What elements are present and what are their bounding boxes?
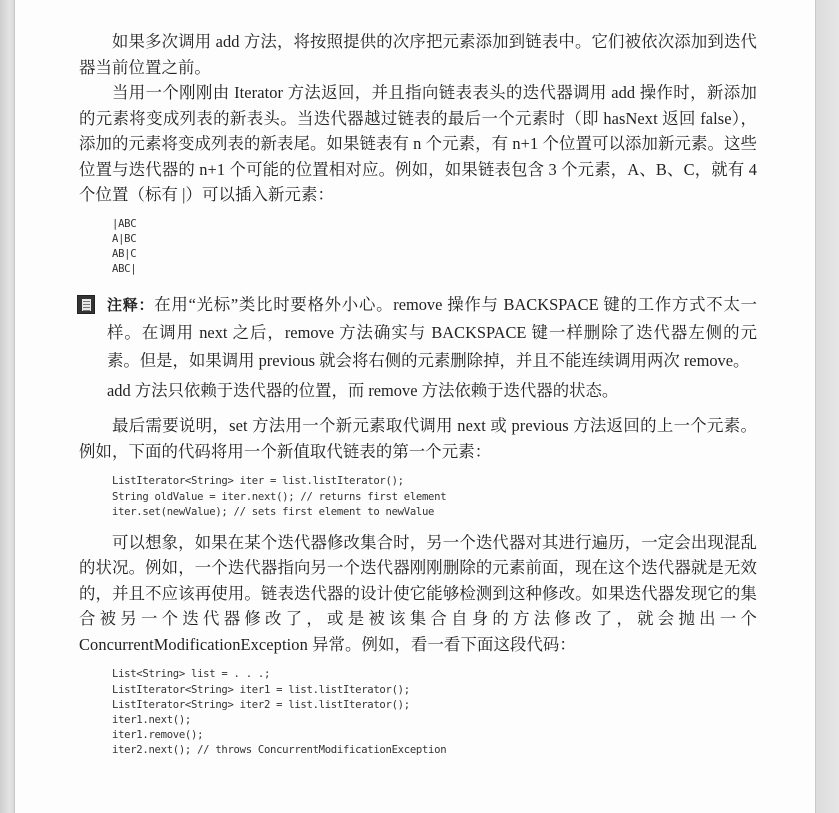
code-line: ListIterator<String> iter2 = list.listIt… (79, 698, 757, 713)
code-line: A|BC (79, 232, 757, 247)
positions-code-block: |ABC A|BC AB|C ABC| (79, 217, 757, 278)
code-line: |ABC (79, 217, 757, 232)
note-label: 注释： (107, 296, 154, 314)
code-line: String oldValue = iter.next(); // return… (79, 490, 757, 505)
note-box: 注释：在用“光标”类比时要格外小心。remove 操作与 BACKSPACE 键… (77, 291, 757, 405)
text-column: 如果多次调用 add 方法，将按照提供的次序把元素添加到链表中。它们被依次添加到… (79, 29, 757, 759)
code-line: iter1.next(); (79, 713, 757, 728)
note-text-2: add 方法只依赖于迭代器的位置，而 remove 方法依赖于迭代器的状态。 (107, 377, 757, 405)
note-body: 在用“光标”类比时要格外小心。remove 操作与 BACKSPACE 键的工作… (107, 295, 757, 370)
code-line: List<String> list = . . .; (79, 667, 757, 682)
code-line: iter1.remove(); (79, 728, 757, 743)
cme-code-block: List<String> list = . . .; ListIterator<… (79, 667, 757, 758)
paragraph-add-order: 如果多次调用 add 方法，将按照提供的次序把元素添加到链表中。它们被依次添加到… (79, 29, 757, 80)
set-code-block: ListIterator<String> iter = list.listIte… (79, 474, 757, 520)
code-line: AB|C (79, 247, 757, 262)
paragraph-concurrent-modification: 可以想象，如果在某个迭代器修改集合时，另一个迭代器对其进行遍历，一定会出现混乱的… (79, 530, 757, 658)
code-line: iter.set(newValue); // sets first elemen… (79, 505, 757, 520)
note-icon (77, 295, 95, 314)
code-line: ListIterator<String> iter1 = list.listIt… (79, 683, 757, 698)
code-line: iter2.next(); // throws ConcurrentModifi… (79, 743, 757, 758)
code-line: ABC| (79, 262, 757, 277)
note-text: 注释：在用“光标”类比时要格外小心。remove 操作与 BACKSPACE 键… (107, 291, 757, 375)
code-line: ListIterator<String> iter = list.listIte… (79, 474, 757, 489)
paragraph-set-method: 最后需要说明，set 方法用一个新元素取代调用 next 或 previous … (79, 413, 757, 464)
paragraph-add-positions: 当用一个刚刚由 Iterator 方法返回，并且指向链表表头的迭代器调用 add… (79, 80, 757, 208)
document-page: 如果多次调用 add 方法，将按照提供的次序把元素添加到链表中。它们被依次添加到… (14, 0, 816, 813)
